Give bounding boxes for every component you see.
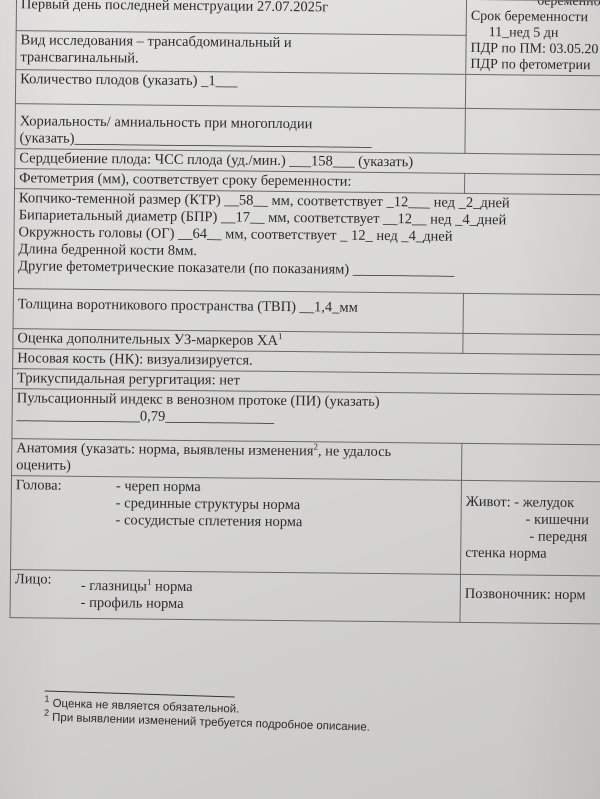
nasal-bone-text: Носовая кость (НК): визуализируется. bbox=[17, 350, 253, 368]
chorionicity-cell: Хориальность/ амниальность при многоплод… bbox=[15, 104, 465, 154]
face-label: Лицо: bbox=[15, 571, 81, 589]
nt-text: Толщина воротникового пространства (ТВП)… bbox=[18, 296, 459, 318]
tricuspid-text: Трикуспидальная регургитация: нет bbox=[17, 370, 240, 388]
head-label: Голова: bbox=[16, 477, 116, 495]
gest-age-label: Срок беременности bbox=[471, 9, 600, 26]
markers-text: Оценка дополнительных УЗ-маркеров ХА bbox=[17, 330, 278, 349]
anatomy-text: Анатомия (указать: норма, выявлены измен… bbox=[16, 440, 313, 459]
empty-cell bbox=[465, 74, 600, 110]
table-row: Толщина воротникового пространства (ТВП)… bbox=[13, 289, 600, 335]
document-page: Первый день последней менструации 27.07.… bbox=[0, 0, 600, 799]
lmp-text: Первый день последней менструации 27.07.… bbox=[21, 0, 328, 15]
gest-age-value: 11_нед 5 дн bbox=[471, 25, 600, 42]
head-cell: Голова: - череп норма - срединные структ… bbox=[11, 476, 462, 575]
table-row: Копчико-теменной размер (КТР) __58__ мм,… bbox=[13, 189, 600, 295]
table-row: Голова: - череп норма - срединные структ… bbox=[11, 476, 600, 576]
empty-cell bbox=[465, 173, 600, 195]
footnote-ref-1: 1 bbox=[278, 331, 283, 341]
spine-cell: Позвоночник: норм bbox=[460, 574, 600, 624]
table-row: Хориальность/ амниальность при многоплод… bbox=[15, 104, 600, 155]
footnote-divider bbox=[45, 691, 235, 698]
face-item-cont: норма bbox=[151, 579, 192, 595]
fetus-count-text: Количество плодов (указать) _1___ bbox=[20, 71, 237, 89]
pi-cell: Пульсационный индекс в венозном протоке … bbox=[12, 389, 600, 445]
empty-cell bbox=[461, 443, 600, 482]
footnote-mark: 2 bbox=[44, 708, 49, 718]
abdomen-line-2: - кишечни bbox=[465, 511, 600, 529]
abdomen-cell: Живот: - желудок - кишечни - передня сте… bbox=[461, 480, 600, 576]
gestation-cell: беременной: Срок беременности 11_нед 5 д… bbox=[466, 0, 600, 76]
table-row: Пульсационный индекс в венозном протоке … bbox=[12, 389, 600, 445]
face-cell: Лицо: - глазницы1 норма - профиль норма bbox=[10, 570, 460, 623]
abdomen-line-1: Живот: - желудок bbox=[466, 494, 600, 512]
edd-fetometry: ПДР по фетометрии bbox=[470, 57, 600, 74]
study-type-line-2: трансвагинальный. bbox=[20, 49, 461, 71]
fetometry-values-cell: Копчико-теменной размер (КТР) __58__ мм,… bbox=[13, 189, 600, 295]
edd-lmp: ПДР по ПМ: 03.05.20 bbox=[470, 41, 600, 58]
lmp-cell: Первый день последней менструации 27.07.… bbox=[16, 0, 466, 35]
empty-cell bbox=[463, 293, 600, 335]
spine-text: Позвоночник: норм bbox=[465, 586, 600, 604]
study-type-cell: Вид исследования – трансабдоминальный и … bbox=[16, 31, 466, 75]
fetus-count-cell: Количество плодов (указать) _1___ bbox=[15, 70, 465, 109]
anatomy-text-cont: , не удалось bbox=[318, 443, 391, 460]
head-item: - сосудистые сплетения норма bbox=[115, 512, 302, 531]
abdomen-line-4: стенка норма bbox=[465, 545, 600, 563]
face-item: - глазницы bbox=[81, 578, 147, 595]
head-item: - срединные структуры норма bbox=[116, 495, 303, 514]
empty-cell bbox=[463, 333, 600, 355]
head-item: - череп норма bbox=[116, 478, 303, 497]
heartbeat-text: Сердцебиение плода: ЧСС плода (уд./мин.)… bbox=[19, 150, 413, 170]
nt-cell: Толщина воротникового пространства (ТВП)… bbox=[13, 289, 463, 334]
abdomen-line-3: - передня bbox=[465, 528, 600, 546]
face-item: - профиль норма bbox=[81, 595, 193, 613]
footnotes: 1 Оценка не является обязательной. 2 При… bbox=[44, 691, 371, 736]
ultrasound-protocol-table: Первый день последней менструации 27.07.… bbox=[10, 0, 600, 624]
table-row: Лицо: - глазницы1 норма - профиль норма … bbox=[10, 570, 600, 624]
footnote-mark: 1 bbox=[44, 694, 49, 704]
table-row: Анатомия (указать: норма, выявлены измен… bbox=[12, 439, 600, 482]
empty-cell bbox=[465, 108, 600, 155]
fetometry-header-text: Фетометрия (мм), соответствует сроку бер… bbox=[19, 170, 351, 189]
anatomy-header-cell: Анатомия (указать: норма, выявлены измен… bbox=[12, 439, 462, 481]
